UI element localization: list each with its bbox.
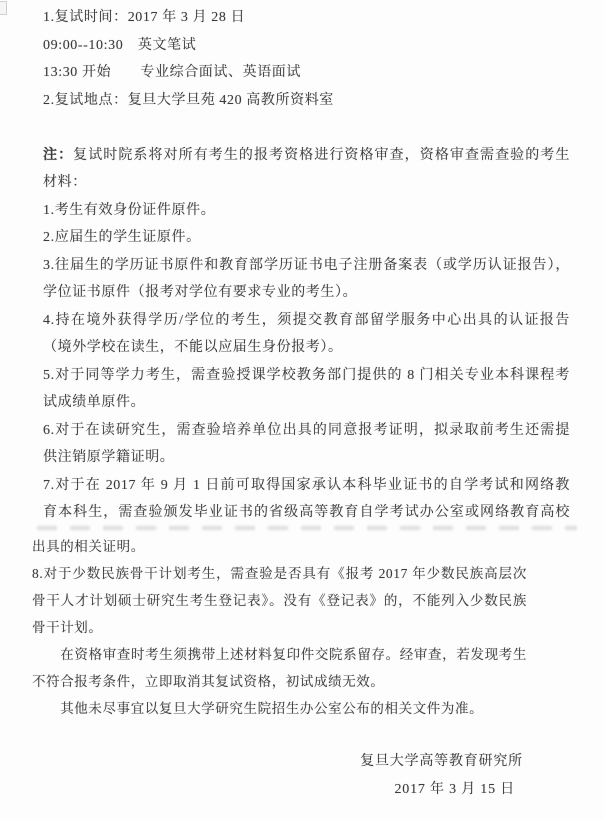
schedule-line-written-exam: 09:00--10:30 英文笔试 [43,32,570,60]
scan-smudge-artifact [37,526,577,530]
notice-item-8-end: 骨干计划。 [32,614,527,641]
notice-item-7-end: 出具的相关证明。 [32,533,527,560]
notice-item-6-cont: 供注销原学籍证明。 [43,444,570,472]
notice-item-1: 1.考生有效身份证件原件。 [43,197,570,225]
notice-line: 材料： [43,169,570,197]
notice-item-4-cont: （境外学校在读生，不能以应届生身份报考）。 [43,334,570,362]
main-text-block: 1.复试时间：2017 年 3 月 28 日 09:00--10:30 英文笔试… [43,4,570,527]
notice-item-6: 6.对于在读研究生，需查验培养单位出具的同意报考证明，拟录取前考生还需提 [43,417,570,445]
notice-item-3: 3.往届生的学历证书原件和教育部学历证书电子注册备案表（或学历认证报告）， [43,252,570,280]
notice-item-2: 2.应届生的学生证原件。 [43,224,570,252]
misc-paragraph: 其他未尽事宜以复旦大学研究生院招生办公室公布的相关文件为准。 [32,695,527,722]
scan-corner-artifact [0,1,7,15]
schedule-line-time: 1.复试时间：2017 年 3 月 28 日 [43,4,570,32]
notice-item-5-cont: 试成绩单原件。 [43,389,570,417]
schedule-line-interview: 13:30 开始 专业综合面试、英语面试 [43,59,570,87]
notice-item-8-cont: 骨干人才计划硕士研究生考生登记表》。没有《登记表》的，不能列入少数民族 [32,587,527,614]
lower-text-block: 出具的相关证明。 8.对于少数民族骨干计划考生，需查验是否具有《报考 2017 … [32,533,527,722]
review-paragraph-line-1: 在资格审查时考生须携带上述材料复印件交院系留存。经审查，若发现考生 [32,641,527,668]
notice-item-7: 7.对于在 2017 年 9 月 1 日前可取得国家承认本科毕业证书的自学考试和… [43,472,570,500]
blank-line [43,114,570,142]
notice-item-4: 4.持在境外获得学历/学位的考生，须提交教育部留学服务中心出具的认证报告 [43,307,570,335]
notice-first-line: 注：复试时院系将对所有考生的报考资格进行资格审查，资格审查需查验的考生 [43,142,570,170]
schedule-line-location: 2.复试地点：复旦大学旦苑 420 高教所资料室 [43,87,570,115]
notice-item-3-cont: 学位证书原件（报考对学位有要求专业的考生）。 [43,279,570,307]
signature-date: 2017 年 3 月 15 日 [0,776,604,804]
notice-item-8: 8.对于少数民族骨干计划考生，需查验是否具有《报考 2017 年少数民族高层次 [32,560,527,587]
notice-item-7-cont: 育本科生，需查验颁发毕业证书的省级高等教育自学考试办公室或网络教育高校 [43,499,570,527]
signature-block: 复旦大学高等教育研究所 2017 年 3 月 15 日 [0,748,604,803]
signature-organization: 复旦大学高等教育研究所 [0,748,604,776]
notice-item-5: 5.对于同等学力考生，需查验授课学校教务部门提供的 8 门相关专业本科课程考 [43,362,570,390]
notice-first-line-text: 复试时院系将对所有考生的报考资格进行资格审查，资格审查需查验的考生 [73,148,570,163]
review-paragraph-line-2: 不符合报考条件，立即取消其复试资格，初试成绩无效。 [32,668,527,695]
notice-bold-prefix: 注： [43,148,73,163]
document-page: 1.复试时间：2017 年 3 月 28 日 09:00--10:30 英文笔试… [0,0,604,819]
